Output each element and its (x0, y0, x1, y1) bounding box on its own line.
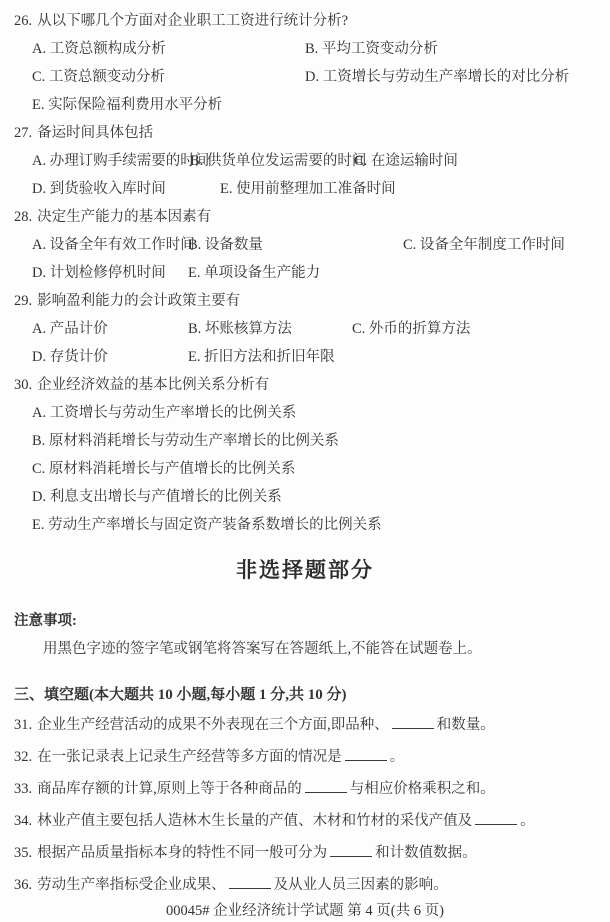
question-number: 34. (14, 813, 32, 829)
question-text: 影响盈利能力的会计政策主要有 (37, 293, 240, 309)
fill-question: 34.林业产值主要包括人造林木生长量的产值、木材和竹材的采伐产值及。 (14, 805, 610, 837)
exam-paper-page: 26.从以下哪几个方面对企业职工工资进行统计分析? A. 工资总额构成分析 B.… (0, 0, 610, 922)
question-stem: 27.备运时间具体包括 (14, 119, 610, 147)
question-number: 33. (14, 781, 32, 797)
option-row: A. 设备全年有效工作时间 B. 设备数量 C. 设备全年制度工作时间 (32, 231, 610, 259)
question-number: 28. (14, 209, 32, 225)
option-row: D. 存货计价 E. 折旧方法和折旧年限 (32, 343, 610, 371)
option-row: A. 工资增长与劳动生产率增长的比例关系 (32, 399, 610, 427)
blank-underline (305, 777, 347, 793)
question-text-pre: 在一张记录表上记录生产经营等多方面的情况是 (37, 749, 342, 765)
question-number: 27. (14, 125, 32, 141)
option-e: E. 劳动生产率增长与固定资产装备系数增长的比例关系 (32, 511, 382, 539)
blank-underline (475, 809, 517, 825)
option-c: C. 工资总额变动分析 (32, 63, 305, 91)
option-b: B. 设备数量 (188, 231, 403, 259)
option-b: B. 原材料消耗增长与劳动生产率增长的比例关系 (32, 427, 339, 455)
option-row: B. 原材料消耗增长与劳动生产率增长的比例关系 (32, 427, 610, 455)
option-row: A. 产品计价 B. 坏账核算方法 C. 外币的折算方法 (32, 315, 610, 343)
question-text: 企业经济效益的基本比例关系分析有 (37, 377, 269, 393)
blank-underline (229, 873, 271, 889)
notes-title: 注意事项: (14, 607, 610, 635)
option-row: C. 工资总额变动分析 D. 工资增长与劳动生产率增长的对比分析 (32, 63, 610, 91)
question-number: 31. (14, 717, 32, 733)
fill-section-title: 三、填空题(本大题共 10 小题,每小题 1 分,共 10 分) (14, 681, 610, 709)
blank-underline (345, 745, 387, 761)
option-row: A. 工资总额构成分析 B. 平均工资变动分析 (32, 35, 610, 63)
option-c: C. 原材料消耗增长与产值增长的比例关系 (32, 455, 295, 483)
notes-body: 用黑色字迹的签字笔或钢笔将答案写在答题纸上,不能答在试题卷上。 (43, 635, 610, 663)
option-row: A. 办理订购手续需要的时间 B. 供货单位发运需要的时间 C. 在途运输时间 (32, 147, 610, 175)
option-b: B. 坏账核算方法 (188, 315, 352, 343)
question-stem: 28.决定生产能力的基本因素有 (14, 203, 610, 231)
question-text-post: 。 (390, 749, 405, 765)
question-number: 36. (14, 877, 32, 893)
option-e: E. 折旧方法和折旧年限 (188, 343, 335, 371)
fill-question: 31.企业生产经营活动的成果不外表现在三个方面,即品种、和数量。 (14, 709, 610, 741)
question-text-pre: 劳动生产率指标受企业成果、 (37, 877, 226, 893)
blank-underline (392, 713, 434, 729)
option-c: C. 在途运输时间 (354, 147, 458, 175)
option-row: E. 实际保险福利费用水平分析 (32, 91, 610, 119)
question-text-post: 和数量。 (437, 717, 495, 733)
question-number: 30. (14, 377, 32, 393)
blank-underline (330, 841, 372, 857)
option-b: B. 供货单位发运需要的时间 (190, 147, 354, 175)
question-number: 26. (14, 13, 32, 29)
fill-question: 33.商品库存额的计算,原则上等于各种商品的与相应价格乘积之和。 (14, 773, 610, 805)
option-d: D. 工资增长与劳动生产率增长的对比分析 (305, 63, 569, 91)
option-d: D. 到货验收入库时间 (32, 175, 220, 203)
question-text-pre: 根据产品质量指标本身的特性不同一般可分为 (37, 845, 327, 861)
question-text: 从以下哪几个方面对企业职工工资进行统计分析? (37, 13, 348, 29)
question-stem: 30.企业经济效益的基本比例关系分析有 (14, 371, 610, 399)
fill-section: 31.企业生产经营活动的成果不外表现在三个方面,即品种、和数量。 32.在一张记… (0, 709, 610, 901)
question-number: 35. (14, 845, 32, 861)
option-row: E. 劳动生产率增长与固定资产装备系数增长的比例关系 (32, 511, 610, 539)
section-heading: 非选择题部分 (0, 555, 610, 585)
option-row: D. 计划检修停机时间 E. 单项设备生产能力 (32, 259, 610, 287)
question-stem: 29.影响盈利能力的会计政策主要有 (14, 287, 610, 315)
question-text-post: 与相应价格乘积之和。 (350, 781, 495, 797)
option-row: D. 利息支出增长与产值增长的比例关系 (32, 483, 610, 511)
question-text-pre: 林业产值主要包括人造林木生长量的产值、木材和竹材的采伐产值及 (37, 813, 472, 829)
question-number: 29. (14, 293, 32, 309)
option-a: A. 工资增长与劳动生产率增长的比例关系 (32, 399, 296, 427)
mcq-section: 26.从以下哪几个方面对企业职工工资进行统计分析? A. 工资总额构成分析 B.… (0, 7, 610, 539)
question-text-pre: 商品库存额的计算,原则上等于各种商品的 (37, 781, 302, 797)
question-text-pre: 企业生产经营活动的成果不外表现在三个方面,即品种、 (37, 717, 389, 733)
fill-question: 35.根据产品质量指标本身的特性不同一般可分为和计数值数据。 (14, 837, 610, 869)
question-text-post: 和计数值数据。 (375, 845, 477, 861)
option-a: A. 办理订购手续需要的时间 (32, 147, 190, 175)
question-text-post: 。 (520, 813, 535, 829)
fill-question: 32.在一张记录表上记录生产经营等多方面的情况是。 (14, 741, 610, 773)
option-a: A. 设备全年有效工作时间 (32, 231, 188, 259)
question-text-post: 及从业人员三因素的影响。 (274, 877, 448, 893)
question-stem: 26.从以下哪几个方面对企业职工工资进行统计分析? (14, 7, 610, 35)
option-e: E. 单项设备生产能力 (188, 259, 320, 287)
question-text: 备运时间具体包括 (37, 125, 153, 141)
option-d: D. 计划检修停机时间 (32, 259, 188, 287)
option-d: D. 存货计价 (32, 343, 188, 371)
question-number: 32. (14, 749, 32, 765)
option-c: C. 外币的折算方法 (352, 315, 470, 343)
page-footer: 00045# 企业经济统计学试题 第 4 页(共 6 页) (0, 901, 610, 921)
option-row: D. 到货验收入库时间 E. 使用前整理加工准备时间 (32, 175, 610, 203)
option-a: A. 工资总额构成分析 (32, 35, 305, 63)
option-b: B. 平均工资变动分析 (305, 35, 438, 63)
option-e: E. 使用前整理加工准备时间 (220, 175, 396, 203)
fill-question: 36.劳动生产率指标受企业成果、及从业人员三因素的影响。 (14, 869, 610, 901)
option-e: E. 实际保险福利费用水平分析 (32, 91, 222, 119)
option-a: A. 产品计价 (32, 315, 188, 343)
question-text: 决定生产能力的基本因素有 (37, 209, 211, 225)
option-d: D. 利息支出增长与产值增长的比例关系 (32, 483, 282, 511)
option-c: C. 设备全年制度工作时间 (403, 231, 565, 259)
option-row: C. 原材料消耗增长与产值增长的比例关系 (32, 455, 610, 483)
